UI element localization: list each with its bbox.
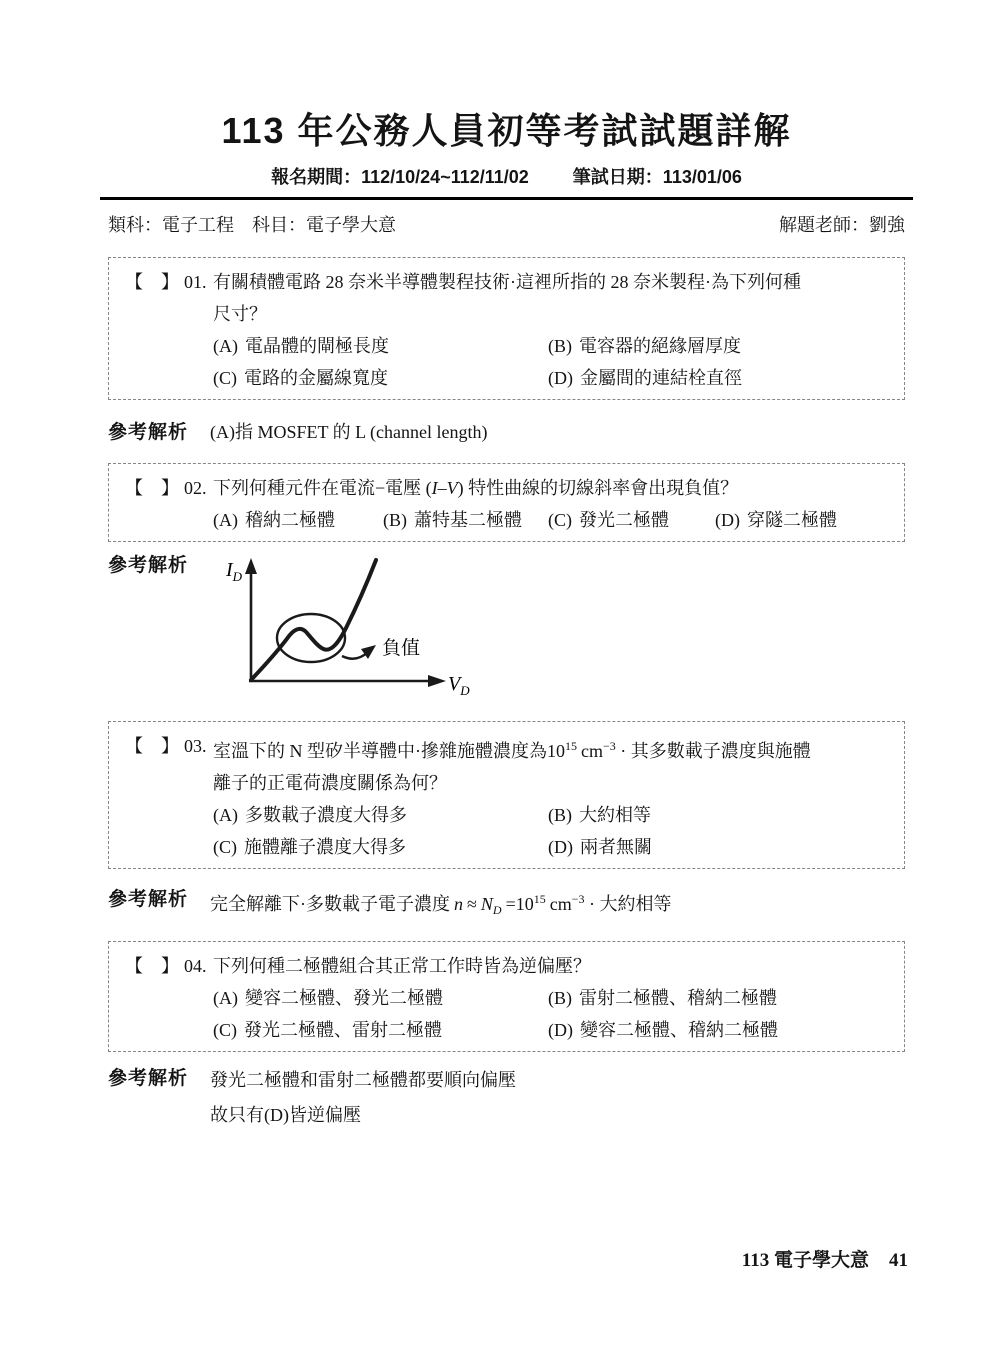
option-label: (D) bbox=[548, 837, 573, 857]
option-text: 多數載子濃度大得多 bbox=[245, 805, 407, 825]
answer-bracket: 【 】 bbox=[125, 956, 179, 976]
question-body: 有關積體電路 28 奈米半導體製程技術·這裡所指的 28 奈米製程·為下列何種 … bbox=[213, 266, 894, 394]
question-text: 下列何種元件在電流−電壓 ( bbox=[213, 478, 432, 498]
option-d: (D)金屬間的連結栓直徑 bbox=[548, 362, 894, 394]
question-text: · 其多數載子濃度與施體 bbox=[616, 741, 811, 761]
option-b: (B)大約相等 bbox=[548, 799, 894, 831]
question-number: 02. bbox=[184, 478, 207, 498]
answer-bracket: 【 】 bbox=[125, 272, 179, 292]
question-row: 【 】03. 室溫下的 N 型矽半導體中·摻雜施體濃度為1015cm−3 · 其… bbox=[125, 730, 894, 863]
option-text: 大約相等 bbox=[579, 805, 651, 825]
analysis-text-post: · 大約相等 bbox=[585, 894, 672, 914]
written-exam-date: 筆試日期：113/01/06 bbox=[573, 167, 742, 187]
question-row: 【 】02. 下列何種元件在電流−電壓 (I–V) 特性曲線的切線斜率會出現負值… bbox=[125, 472, 894, 536]
option-text: 兩者無關 bbox=[580, 837, 652, 857]
math-symbol-nd: N bbox=[481, 894, 493, 914]
question-text-line1: 室溫下的 N 型矽半導體中·摻雜施體濃度為1015cm−3 · 其多數載子濃度與… bbox=[213, 730, 894, 767]
footer-page-number: 41 bbox=[889, 1250, 908, 1271]
math-base: 10 bbox=[516, 894, 534, 914]
analysis-text: (A)指 MOSFET 的 L (channel length) bbox=[210, 417, 905, 448]
option-b: (B)雷射二極體、稽納二極體 bbox=[548, 982, 894, 1014]
option-c: (C)施體離子濃度大得多 bbox=[213, 831, 548, 863]
analysis-line2: 故只有(D)皆逆偏壓 bbox=[210, 1098, 905, 1133]
question-box-01: 【 】01. 有關積體電路 28 奈米半導體製程技術·這裡所指的 28 奈米製程… bbox=[108, 257, 905, 400]
analysis-block-04: 參考解析 發光二極體和雷射二極體都要順向偏壓 故只有(D)皆逆偏壓 bbox=[108, 1063, 905, 1133]
option-label: (C) bbox=[213, 837, 237, 857]
analysis-diagram: ID VD 負值 bbox=[210, 550, 905, 708]
exam-solution-page: 113 年公務人員初等考試試題詳解 報名期間：112/10/24~112/11/… bbox=[0, 0, 1000, 1353]
options-grid: (A)多數載子濃度大得多 (B)大約相等 (C)施體離子濃度大得多 (D)兩者無… bbox=[213, 799, 894, 863]
option-c: (C)發光二極體、雷射二極體 bbox=[213, 1014, 548, 1046]
x-axis-label: VD bbox=[448, 673, 470, 698]
question-box-03: 【 】03. 室溫下的 N 型矽半導體中·摻雜施體濃度為1015cm−3 · 其… bbox=[108, 721, 905, 869]
option-a: (A)電晶體的閘極長度 bbox=[213, 330, 548, 362]
option-text: 電容器的絕緣層厚度 bbox=[579, 336, 741, 356]
page-footer: 113 電子學大意41 bbox=[742, 1248, 908, 1274]
option-text: 電晶體的閘極長度 bbox=[245, 336, 389, 356]
analysis-text: 完全解離下·多數載子電子濃度n≈ND=1015cm−3 · 大約相等 bbox=[210, 884, 905, 926]
options-grid: (A)電晶體的閘極長度 (B)電容器的絕緣層厚度 (C)電路的金屬線寬度 (D)… bbox=[213, 330, 894, 394]
question-box-02: 【 】02. 下列何種元件在電流−電壓 (I–V) 特性曲線的切線斜率會出現負值… bbox=[108, 463, 905, 542]
option-label: (A) bbox=[213, 805, 238, 825]
option-label: (B) bbox=[383, 510, 407, 530]
option-c: (C)電路的金屬線寬度 bbox=[213, 362, 548, 394]
x-axis-arrowhead bbox=[428, 675, 446, 687]
option-label: (D) bbox=[548, 1020, 573, 1040]
math-approx: ≈ bbox=[467, 894, 477, 914]
option-b: (B)電容器的絕緣層厚度 bbox=[548, 330, 894, 362]
option-label: (B) bbox=[548, 988, 572, 1008]
options-grid: (A)變容二極體、發光二極體 (B)雷射二極體、稽納二極體 (C)發光二極體、雷… bbox=[213, 982, 894, 1046]
question-text: ) 特性曲線的切線斜率會出現負值？ bbox=[458, 478, 739, 498]
analysis-text-pre: 完全解離下·多數載子電子濃度 bbox=[210, 894, 450, 914]
exam-info-row: 類科：電子工程 科目：電子學大意 解題老師：劉強 bbox=[108, 212, 905, 239]
math-unit: cm bbox=[550, 894, 572, 914]
question-text-line1: 下列何種二極體組合其正常工作時皆為逆偏壓？ bbox=[213, 950, 894, 982]
question-text-line1: 有關積體電路 28 奈米半導體製程技術·這裡所指的 28 奈米製程·為下列何種 bbox=[213, 266, 894, 298]
option-label: (D) bbox=[715, 510, 740, 530]
negative-value-annotation: 負值 bbox=[382, 637, 420, 659]
option-a: (A)多數載子濃度大得多 bbox=[213, 799, 548, 831]
question-body: 下列何種元件在電流−電壓 (I–V) 特性曲線的切線斜率會出現負值？ (A)稽納… bbox=[213, 472, 894, 536]
answer-bracket: 【 】 bbox=[125, 478, 179, 498]
option-text: 變容二極體、發光二極體 bbox=[245, 988, 443, 1008]
analysis-label: 參考解析 bbox=[108, 1063, 210, 1133]
answer-bracket-and-number: 【 】04. bbox=[125, 950, 213, 1046]
page-content: 113 年公務人員初等考試試題詳解 報名期間：112/10/24~112/11/… bbox=[108, 0, 905, 1133]
analysis-text: 發光二極體和雷射二極體都要順向偏壓 故只有(D)皆逆偏壓 bbox=[210, 1063, 905, 1133]
option-text: 變容二極體、稽納二極體 bbox=[580, 1020, 778, 1040]
iv-curve-diagram: ID VD 負值 bbox=[220, 550, 905, 708]
question-text-line2: 離子的正電荷濃度關係為何？ bbox=[213, 767, 894, 799]
option-d: (D)兩者無關 bbox=[548, 831, 894, 863]
math-symbol-v: V bbox=[447, 478, 458, 498]
answer-bracket-and-number: 【 】01. bbox=[125, 266, 213, 394]
tunnel-diode-iv-plot: ID VD 負值 bbox=[220, 550, 480, 698]
question-number: 04. bbox=[184, 956, 207, 976]
answer-bracket: 【 】 bbox=[125, 736, 179, 756]
registration-period: 報名期間：112/10/24~112/11/02 bbox=[271, 167, 529, 187]
math-dash: – bbox=[438, 478, 447, 498]
option-label: (A) bbox=[213, 510, 238, 530]
question-body: 下列何種二極體組合其正常工作時皆為逆偏壓？ (A)變容二極體、發光二極體 (B)… bbox=[213, 950, 894, 1046]
option-d: (D)變容二極體、稽納二極體 bbox=[548, 1014, 894, 1046]
analysis-label: 參考解析 bbox=[108, 884, 210, 926]
option-label: (C) bbox=[213, 368, 237, 388]
option-text: 發光二極體、雷射二極體 bbox=[244, 1020, 442, 1040]
option-text: 施體離子濃度大得多 bbox=[244, 837, 406, 857]
option-label: (A) bbox=[213, 988, 238, 1008]
question-number: 03. bbox=[184, 736, 207, 756]
option-label: (C) bbox=[213, 1020, 237, 1040]
option-label: (A) bbox=[213, 336, 238, 356]
option-text: 金屬間的連結栓直徑 bbox=[580, 368, 742, 388]
y-axis-arrowhead bbox=[245, 558, 257, 574]
option-d: (D)穿隧二極體 bbox=[715, 504, 894, 536]
footer-book-title: 113 電子學大意 bbox=[742, 1250, 869, 1271]
header-divider bbox=[100, 197, 913, 200]
analysis-block-02: 參考解析 bbox=[108, 550, 905, 708]
math-unit-exponent: −3 bbox=[603, 739, 616, 753]
option-text: 電路的金屬線寬度 bbox=[244, 368, 388, 388]
option-text: 稽納二極體 bbox=[245, 510, 335, 530]
math-equals: = bbox=[506, 894, 516, 914]
question-text-line2: 尺寸？ bbox=[213, 298, 894, 330]
option-text: 穿隧二極體 bbox=[747, 510, 837, 530]
math-exponent: 15 bbox=[565, 739, 577, 753]
option-c: (C)發光二極體 bbox=[548, 504, 715, 536]
solver-teacher: 解題老師：劉強 bbox=[779, 212, 905, 239]
question-body: 室溫下的 N 型矽半導體中·摻雜施體濃度為1015cm−3 · 其多數載子濃度與… bbox=[213, 730, 894, 863]
analysis-label: 參考解析 bbox=[108, 417, 210, 448]
y-axis-label: ID bbox=[225, 559, 243, 584]
option-text: 蕭特基二極體 bbox=[414, 510, 522, 530]
exam-dates-line: 報名期間：112/10/24~112/11/02筆試日期：113/01/06 bbox=[108, 164, 905, 190]
answer-bracket-and-number: 【 】03. bbox=[125, 730, 213, 863]
option-label: (C) bbox=[548, 510, 572, 530]
question-row: 【 】04. 下列何種二極體組合其正常工作時皆為逆偏壓？ (A)變容二極體、發光… bbox=[125, 950, 894, 1046]
category-subject: 類科：電子工程 科目：電子學大意 bbox=[108, 212, 396, 239]
question-text: 室溫下的 N 型矽半導體中·摻雜施體濃度為 bbox=[213, 741, 547, 761]
option-a: (A)變容二極體、發光二極體 bbox=[213, 982, 548, 1014]
question-box-04: 【 】04. 下列何種二極體組合其正常工作時皆為逆偏壓？ (A)變容二極體、發光… bbox=[108, 941, 905, 1052]
option-text: 雷射二極體、稽納二極體 bbox=[579, 988, 777, 1008]
option-label: (B) bbox=[548, 336, 572, 356]
math-exponent: 15 bbox=[534, 892, 546, 906]
option-a: (A)稽納二極體 bbox=[213, 504, 383, 536]
question-number: 01. bbox=[184, 272, 207, 292]
math-unit-exponent: −3 bbox=[572, 892, 585, 906]
math-symbol-n: n bbox=[454, 894, 463, 914]
options-grid: (A)稽納二極體 (B)蕭特基二極體 (C)發光二極體 (D)穿隧二極體 bbox=[213, 504, 894, 536]
math-base: 10 bbox=[547, 741, 565, 761]
question-row: 【 】01. 有關積體電路 28 奈米半導體製程技術·這裡所指的 28 奈米製程… bbox=[125, 266, 894, 394]
math-unit: cm bbox=[581, 741, 603, 761]
option-label: (D) bbox=[548, 368, 573, 388]
answer-bracket-and-number: 【 】02. bbox=[125, 472, 213, 536]
option-b: (B)蕭特基二極體 bbox=[383, 504, 548, 536]
analysis-label: 參考解析 bbox=[108, 550, 210, 708]
analysis-line1: 發光二極體和雷射二極體都要順向偏壓 bbox=[210, 1063, 905, 1098]
math-subscript: D bbox=[493, 903, 502, 917]
option-label: (B) bbox=[548, 805, 572, 825]
analysis-block-03: 參考解析 完全解離下·多數載子電子濃度n≈ND=1015cm−3 · 大約相等 bbox=[108, 884, 905, 926]
option-text: 發光二極體 bbox=[579, 510, 669, 530]
page-title: 113 年公務人員初等考試試題詳解 bbox=[108, 106, 905, 156]
question-text-line1: 下列何種元件在電流−電壓 (I–V) 特性曲線的切線斜率會出現負值？ bbox=[213, 472, 894, 504]
analysis-block-01: 參考解析 (A)指 MOSFET 的 L (channel length) bbox=[108, 417, 905, 448]
